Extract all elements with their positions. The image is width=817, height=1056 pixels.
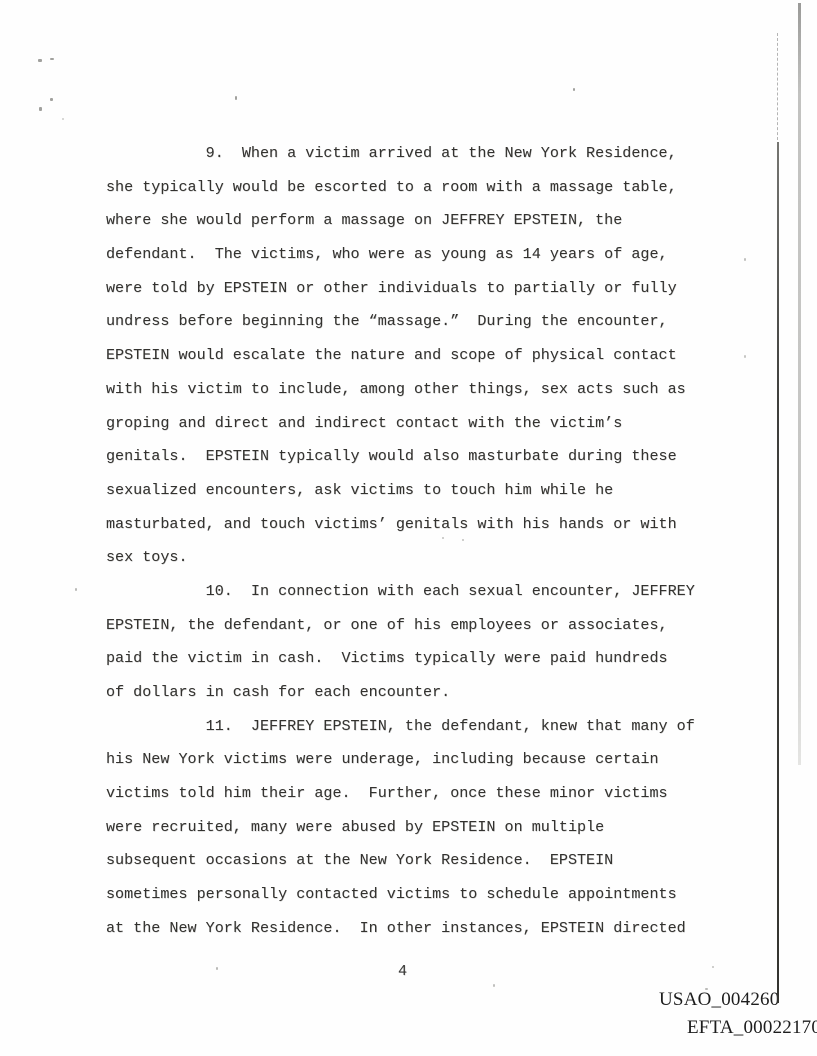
text-line: masturbated, and touch victims’ genitals… (106, 508, 706, 542)
scan-speck (50, 98, 53, 101)
scan-vertical-line-dashed (777, 33, 778, 145)
text-line: groping and direct and indirect contact … (106, 407, 706, 441)
text-line: sexualized encounters, ask victims to to… (106, 474, 706, 508)
scan-speck (705, 988, 708, 990)
text-line: genitals. EPSTEIN typically would also m… (106, 440, 706, 474)
paragraph-9: 9. When a victim arrived at the New York… (106, 137, 706, 575)
text-line: where she would perform a massage on JEF… (106, 204, 706, 238)
text-line: sometimes personally contacted victims t… (106, 878, 706, 912)
scan-speck (712, 966, 714, 968)
bates-stamp-efta: EFTA_00022170 (687, 1017, 817, 1039)
scan-speck (38, 59, 42, 62)
text-line: paid the victim in cash. Victims typical… (106, 642, 706, 676)
scan-speck (442, 537, 444, 539)
text-line: his New York victims were underage, incl… (106, 743, 706, 777)
document-body-text: 9. When a victim arrived at the New York… (106, 137, 706, 946)
text-line: victims told him their age. Further, onc… (106, 777, 706, 811)
scan-vertical-line-dark (777, 142, 779, 1003)
bates-stamp-usao: USAO_004260 (659, 989, 779, 1011)
scan-speck (744, 355, 746, 358)
text-line: EPSTEIN would escalate the nature and sc… (106, 339, 706, 373)
text-line: with his victim to include, among other … (106, 373, 706, 407)
scan-speck (744, 258, 746, 261)
document-page: 9. When a victim arrived at the New York… (0, 0, 817, 1056)
text-line: EPSTEIN, the defendant, or one of his em… (106, 609, 706, 643)
text-line: were recruited, many were abused by EPST… (106, 811, 706, 845)
text-line: were told by EPSTEIN or other individual… (106, 272, 706, 306)
text-line: at the New York Residence. In other inst… (106, 912, 706, 946)
text-line: subsequent occasions at the New York Res… (106, 844, 706, 878)
text-line: 9. When a victim arrived at the New York… (106, 137, 706, 171)
scan-speck (75, 588, 77, 591)
scan-speck (39, 107, 42, 111)
scan-speck (216, 967, 218, 970)
scan-speck (462, 539, 464, 541)
scan-speck (235, 96, 237, 100)
text-line: 11. JEFFREY EPSTEIN, the defendant, knew… (106, 710, 706, 744)
scan-speck (50, 58, 54, 60)
text-line: sex toys. (106, 541, 706, 575)
text-line: of dollars in cash for each encounter. (106, 676, 706, 710)
text-line: defendant. The victims, who were as youn… (106, 238, 706, 272)
paragraph-10: 10. In connection with each sexual encou… (106, 575, 706, 710)
text-line: undress before beginning the “massage.” … (106, 305, 706, 339)
scan-speck (573, 88, 575, 91)
scan-speck (493, 984, 495, 987)
text-line: she typically would be escorted to a roo… (106, 171, 706, 205)
page-number: 4 (398, 962, 407, 980)
scan-vertical-line-gray (798, 3, 801, 765)
scan-speck (62, 118, 64, 120)
paragraph-11: 11. JEFFREY EPSTEIN, the defendant, knew… (106, 710, 706, 946)
text-line: 10. In connection with each sexual encou… (106, 575, 706, 609)
